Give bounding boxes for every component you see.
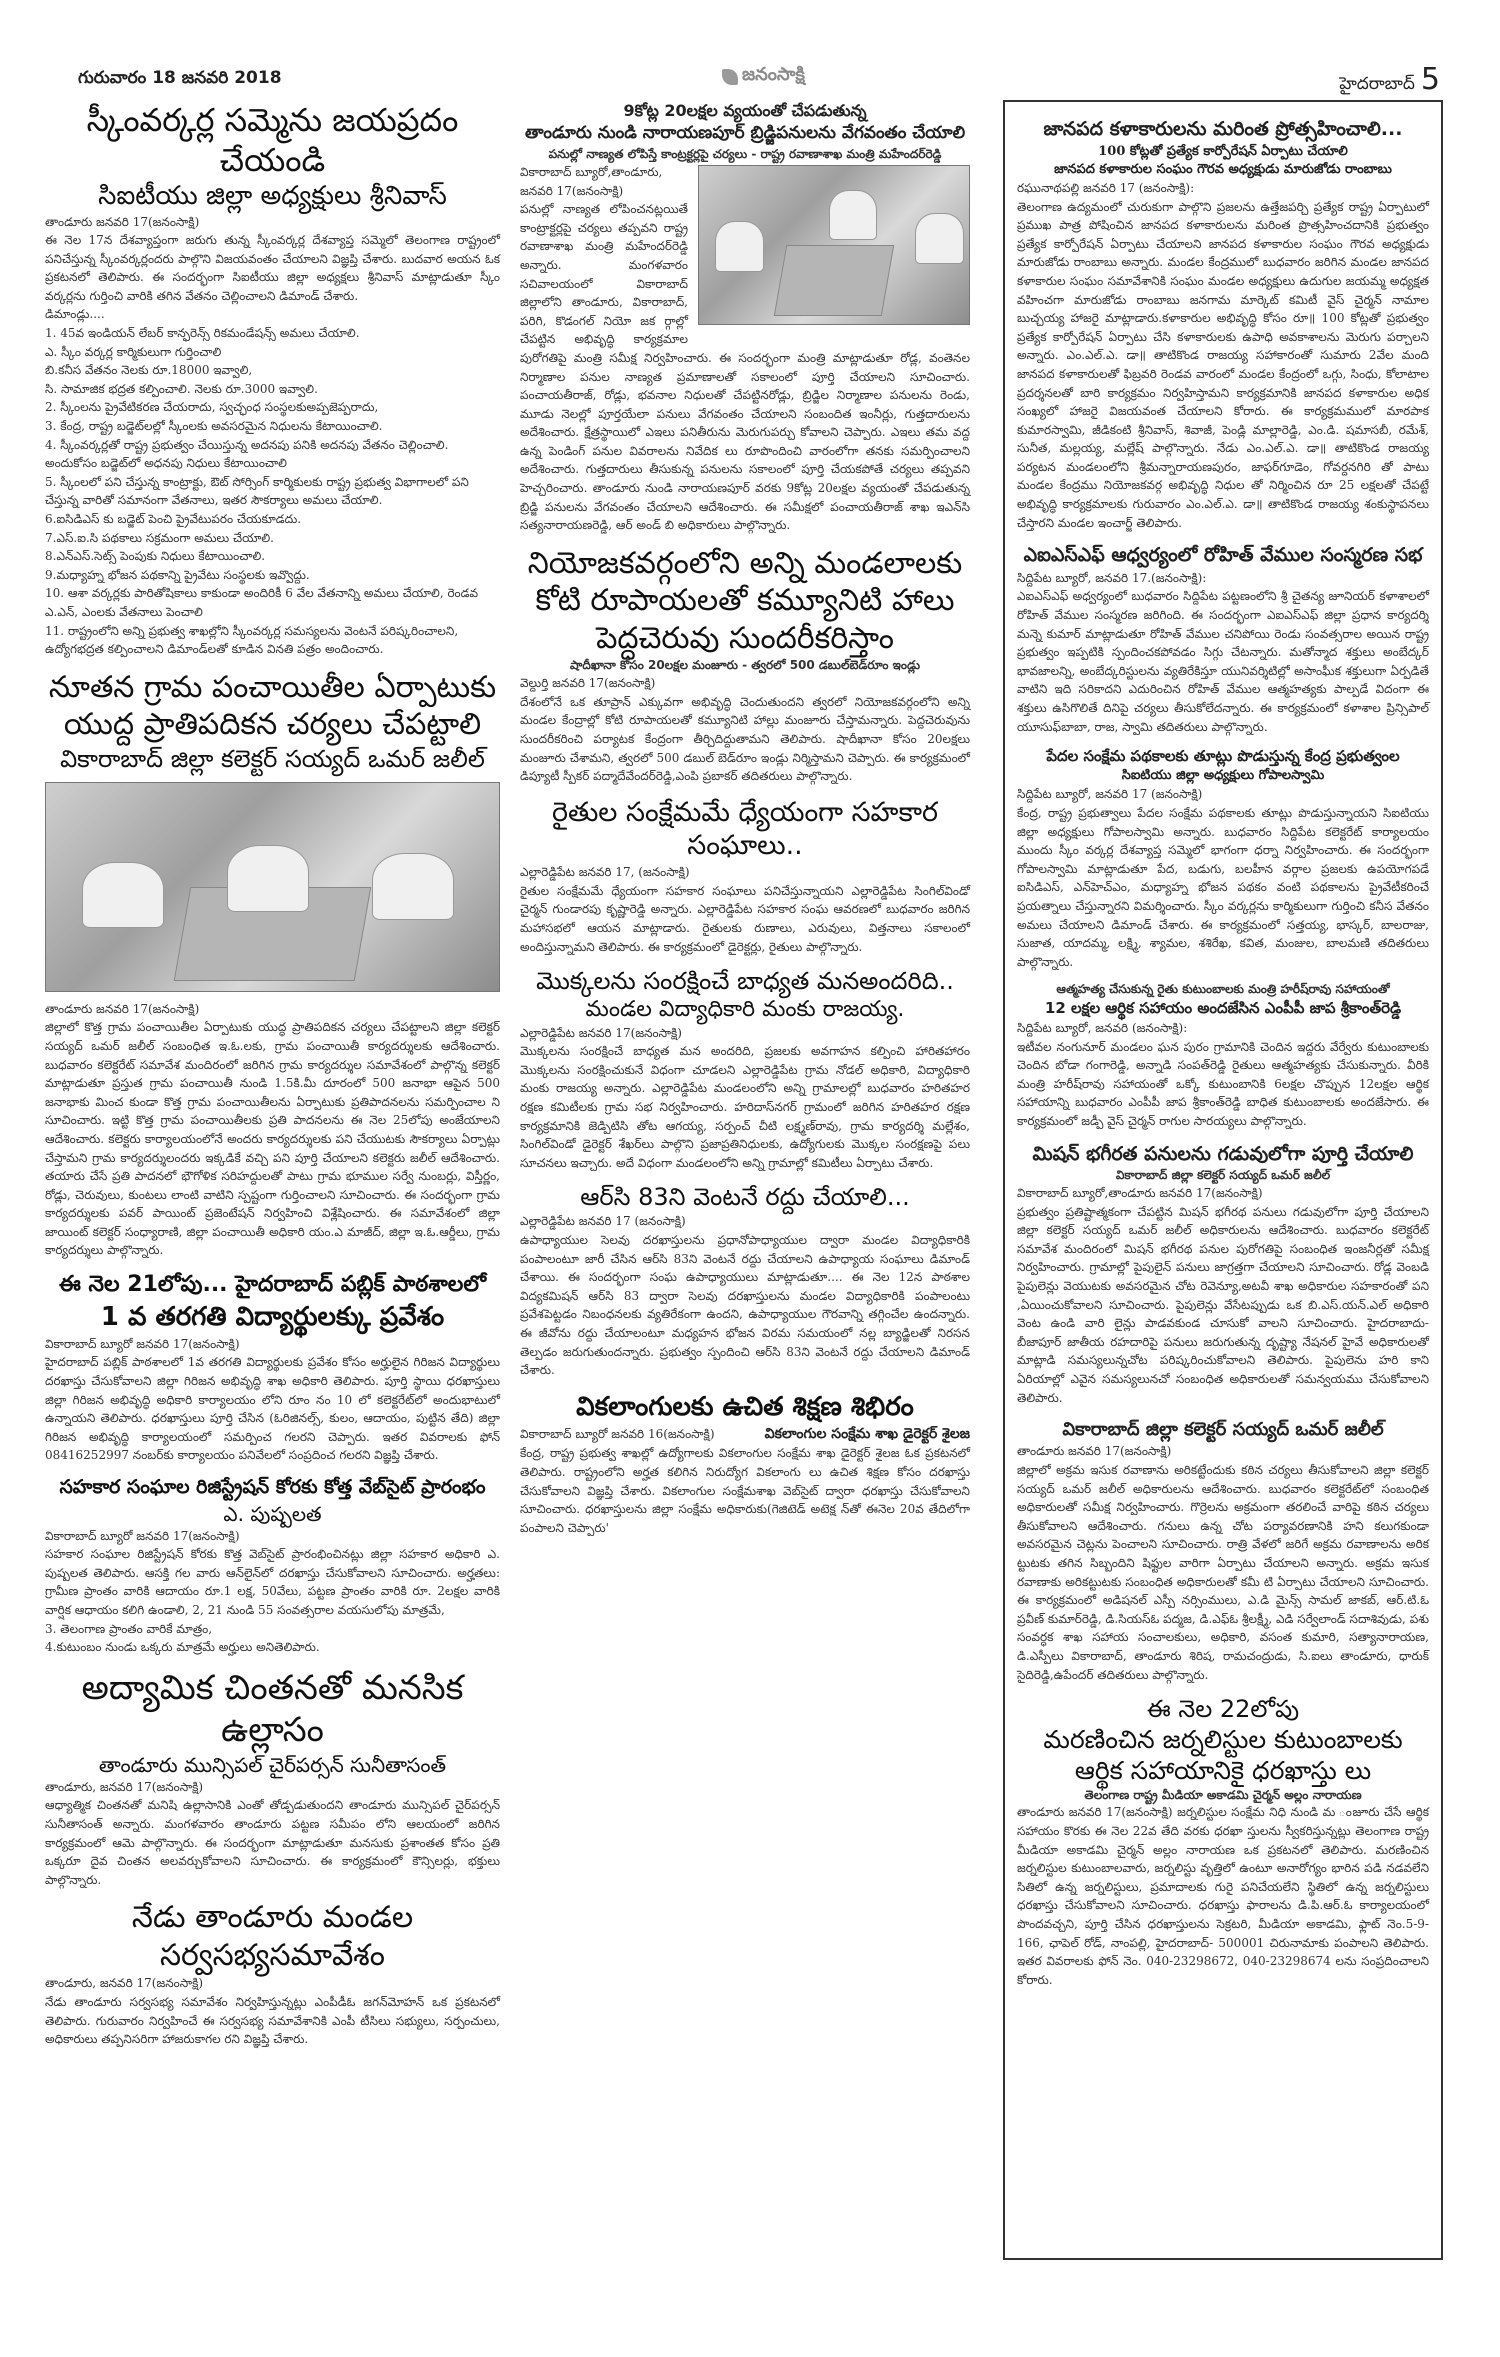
article-spiritual-thinking: అద్యామిక చింతనతో మనసిక ఉల్లాసం తాండూరు మ… (45, 1667, 500, 1890)
demand-item: 9.మధ్యాహ్న భోజన పథకాన్ని ప్రైవేటు సంస్థల… (45, 566, 500, 585)
headline: రైతుల సంక్షేమమే ధ్యేయంగా సహకార సంఘాలు.. (520, 796, 970, 864)
article-sand-transport: వికారాబాద్ జిల్లా కలెక్టర్ సయ్యద్ ఒమర్ జ… (1017, 1417, 1429, 1684)
headline: మరణించిన జర్నలిస్టుల కుటుంబాలకు ఆర్థిక స… (1017, 1724, 1429, 1787)
headline: వికారాబాద్ జిల్లా కలెక్టర్ సయ్యద్ ఒమర్ జ… (1017, 1417, 1429, 1442)
article-mandal-general-body: నేడు తాండూరు మండల సర్వసభ్యసమావేశం తాండూర… (45, 1899, 500, 2048)
logo-text: జనంసాక్షి (742, 64, 805, 89)
article-folk-artists: జానపద కళాకారులను మరింత ప్రోత్సహించాలి...… (1017, 116, 1429, 532)
photo-person-shape (227, 845, 309, 912)
dateline: సిద్దిపేట బ్యూరో, జనవరి 17.(జనంసాక్షి): (1017, 569, 1429, 588)
headline: ఎఐఎస్ఎఫ్ ఆధ్వర్యంలో రోహిత్ వేముల సంస్మరణ… (1017, 542, 1429, 569)
article-body: సహకార సంఘాల రిజిస్ట్రేషన్ కోరకు కొత్త వె… (45, 1545, 500, 1619)
subheadline-2: జానపద కళాకారుల సంఘం గౌరవ అధ్యక్షుడు మారు… (1017, 161, 1429, 179)
demand-item: బి.కనీస వేతనం నెలకు రూ.18000 ఇవ్వాలి, (45, 361, 500, 380)
dateline: సిద్దిపేట బ్యూరో, జనవరి 17 (జనంసాక్షి) (1017, 785, 1429, 804)
article-body: ఈ నెల 17న దేశవ్యాప్తంగా జరుగు తున్న స్కీ… (45, 231, 500, 305)
headline: జానపద కళాకారులను మరింత ప్రోత్సహించాలి... (1017, 116, 1429, 143)
eligibility-list: 3. తెలంగాణ ప్రాంతం వారికే మాత్రం, 4.కుటు… (45, 1620, 500, 1657)
article-community-halls: నియోజకవర్గంలోని అన్ని మండలాలకు కోటి రూపా… (520, 545, 970, 786)
headline-line2: 1 వ తరగతి విద్యార్థులక్కు ప్రవేశం (45, 1300, 500, 1335)
headline: స్కీంవర్కర్ల సమ్మెను జయప్రదం చేయండి (45, 100, 500, 180)
demand-item: 2. స్కీంలను ప్రైవేటికరణ చేయరాదు, స్వచ్ఛం… (45, 398, 500, 417)
headline: నూతన గ్రామ పంచాయితీల ఏర్పాటుకు యుద్ద ప్ర… (45, 669, 500, 744)
dateline: ఎల్లారెడ్డిపేట జనవరి 17, (జనంసాక్షి) (520, 863, 970, 882)
page-number: 5 (1421, 62, 1440, 97)
article-welfare-schemes: పేదల సంక్షేమ పథకాలకు తూట్లు పొడుస్తున్న … (1017, 746, 1429, 971)
article-body: ప్రభుత్వం ప్రతిష్టాత్మకంగా చేపట్టిన మిషన… (1017, 1203, 1429, 1408)
masthead: గురువారం 18 జనవరి 2018 జనంసాక్షి హైదరాబా… (0, 60, 1500, 100)
article-rohith-vemula: ఎఐఎస్ఎఫ్ ఆధ్వర్యంలో రోహిత్ వేముల సంస్మరణ… (1017, 542, 1429, 736)
issue-date: గురువారం 18 జనవరి 2018 (78, 68, 282, 92)
demands-label: డిమాండ్లు.... (45, 305, 500, 324)
eligibility-item: 4.కుటుంబం నుండు ఒక్కరు మాత్రమే అర్హులు అ… (45, 1638, 500, 1657)
article-mission-bhagiratha: మిషన్ భగీరత పనులను గడువులోగా పూర్తి చేయా… (1017, 1141, 1429, 1408)
article-plant-protection: మొక్కలను సంరక్షించే బాధ్యత మనఅందరిది.. మ… (520, 966, 970, 1172)
article-body: జిల్లాలో అక్రమ ఇసుక రవాణాను అరికట్టేందుక… (1017, 1461, 1429, 1684)
dateline: వికారాబాద్ బ్యూరో జనవరి 16(జనంసాక్షి) (520, 1425, 715, 1444)
article-body: మొక్కలను సంరక్షించే బాధ్యత మన అందరిది, ప… (520, 1042, 970, 1172)
subheadline: సిఐటీయు జిల్లా అధ్యక్షులు శ్రీనివాస్ (45, 180, 500, 213)
article-body: ఎఐఎస్ఎఫ్ అధ్వర్యంలో బుధవారం సిద్దిపేట పట… (1017, 587, 1429, 736)
subheadline: 100 కోట్లతో ప్రత్యేక కార్పోరేషన్ ఏర్పాటు… (1017, 143, 1429, 161)
article-body: తాండూరు జనవరి 17(జనంసాక్షి) జర్నలిస్టుల … (1017, 1803, 1429, 1989)
article-new-gram-panchayats: నూతన గ్రామ పంచాయితీల ఏర్పాటుకు యుద్ద ప్ర… (45, 669, 500, 1260)
headline: ఆర్‌సి 83ని వెంటనే రద్దు చేయాలి... (520, 1182, 970, 1212)
kicker: 9కోట్ల 20లక్షల వ్యయంతో చేపడుతున్న (520, 100, 970, 122)
dateline: తాండూరు జనవరి 17(జనంసాక్షి) (45, 213, 500, 232)
article-bridge-works: 9కోట్ల 20లక్షల వ్యయంతో చేపడుతున్న తాండూర… (520, 100, 970, 535)
headline: తాండూరు నుండి నారాయణపూర్ బ్రిడ్జిపనులను … (520, 122, 970, 146)
demand-item: 10. ఆశా వర్కర్లకు పారితోషికాలు కాకుండా అ… (45, 584, 500, 621)
subheadline: వికారాబాద్ జిల్లా కలెక్టర్ సయ్యద్ ఒమర్ జ… (45, 744, 500, 774)
subheadline: సిఐటియు జిల్లా అధ్యక్షులు గోపాలస్వామి (1017, 767, 1429, 785)
demand-item: 3. కేంద్ర, రాష్ట్ర బడ్జెట్‌లల్లో స్కీంలక… (45, 417, 500, 436)
dateline-row: వికారాబాద్ బ్యూరో జనవరి 16(జనంసాక్షి) వి… (520, 1425, 970, 1445)
article-body: రైతుల సంక్షేమమే ధ్యేయంగా సహకార సంఘాలు పన… (520, 882, 970, 956)
demand-item: 6.ఐసిడిఎస్ కు బడ్జెట్ పెంచి ప్రైవేటుపరం … (45, 510, 500, 529)
article-body: నేడు తాండూరు సర్వసభ్య సమావేశం నిర్వహిస్త… (45, 1993, 500, 2049)
subheadline: వికలాంగుల సంక్షేమ శాఖ డైరెక్టర్ శైలజ (765, 1425, 970, 1445)
article-body: కేంద్ర, రాష్ట్ర ప్రభుత్వాలు పేదల సంక్షేమ… (1017, 804, 1429, 971)
article-journalists-aid: ఈ నెల 22లోపు మరణించిన జర్నలిస్టుల కుటుంబ… (1017, 1694, 1429, 1989)
article-body: ఆధ్యాత్మిక చింతనతో మనిషి ఉల్లాసానికి ఎంత… (45, 1796, 500, 1889)
article-rc83-cancel: ఆర్‌సి 83ని వెంటనే రద్దు చేయాలి... ఎల్లా… (520, 1182, 970, 1379)
subheadline: తెలంగాణ రాష్ట్ర మీడియా అకాడమి చైర్మన్ అల… (1017, 1787, 1429, 1804)
kicker: ఆత్మహత్య చేసుకున్న రైతు కుటుంబాలకు మంత్ర… (1017, 981, 1429, 998)
dateline: సిద్దిపేట బ్యూరో, జనవరి (జనంసాక్షి): (1017, 1019, 1429, 1038)
demand-item: 5. స్కీంలలో పని చేస్తున్న కాంట్రాక్టు, ఔ… (45, 473, 500, 510)
subheadline: వికారాబాద్ జిల్లా కలెక్టర్ సయ్యద్ ఒమర్ జ… (1017, 1167, 1429, 1184)
dateline: తాండూరు జనవరి 17(జనంసాక్షి) (1017, 1442, 1429, 1461)
photo-table-shape (774, 245, 895, 316)
middle-column: 9కోట్ల 20లక్షల వ్యయంతో చేపడుతున్న తాండూర… (520, 100, 970, 1547)
headline: నేడు తాండూరు మండల సర్వసభ్యసమావేశం (45, 1899, 500, 1974)
photo-person-shape (372, 853, 454, 920)
headline: మొక్కలను సంరక్షించే బాధ్యత మనఅందరిది.. (520, 966, 970, 996)
demand-item: 11. రాష్ట్రంలోని అన్ని ప్రభుత్వ శాఖల్లోన… (45, 622, 500, 659)
article-body: ఉపాధ్యాయుల సెలవు దరఖాస్తులను ప్రధానోపాధ్… (520, 1231, 970, 1380)
article-cooperative-farmers: రైతుల సంక్షేమమే ధ్యేయంగా సహకార సంఘాలు.. … (520, 796, 970, 956)
article-scheme-workers-strike: స్కీంవర్కర్ల సమ్మెను జయప్రదం చేయండి సిఐట… (45, 100, 500, 659)
dateline: ఎల్లారెడ్డిపేట జనవరి 17(జనంసాక్షి) (520, 1024, 970, 1043)
demand-item: 1. 45వ ఇండియన్ లేబర్ కాన్ఫరెన్స్ రికమండే… (45, 324, 500, 343)
photo-person-shape (82, 862, 164, 929)
article-cooperative-website: సహకార సంఘాల రిజిస్ట్రేషన్ కోరకు కోత్త వే… (45, 1475, 500, 1657)
article-body: దేశంలోనే ఒక తూప్రాన్ ఎక్కువగా అభివృద్ధి … (520, 693, 970, 786)
dateline: తాండూరు జనవరి 17(జనంసాక్షి) (45, 1000, 500, 1019)
article-body: ఇటీవల నంగునూర్ మండలం ఘన పురం గ్రామానికి … (1017, 1038, 1429, 1131)
headline: పేదల సంక్షేమ పథకాలకు తూట్లు పొడుస్తున్న … (1017, 746, 1429, 767)
review-meeting-photo (698, 165, 970, 325)
demand-item: 4. స్కీంవర్కర్లతో రాష్ట్ర ప్రభుత్వం చేయి… (45, 436, 500, 473)
article-body: కేంద్ర, రాష్ట్ర ప్రభుత్వ శాఖల్లో ఉద్యోగా… (520, 1444, 970, 1537)
dateline: ఎల్లారెడ్డిపేట జనవరి 17 (జనంసాక్షి) (520, 1212, 970, 1231)
subheadline: మండల విద్యాధికారి మంకు రాజయ్య. (520, 996, 970, 1024)
demands-list: 1. 45వ ఇండియన్ లేబర్ కాన్ఫరెన్స్ రికమండే… (45, 324, 500, 659)
edition-city: హైదరాబాద్ (1339, 74, 1415, 98)
demand-item: సి. సామాజిక భద్రత కల్పించాలి. నెలకు రూ.3… (45, 380, 500, 399)
right-column-box: జానపద కళాకారులను మరింత ప్రోత్సహించాలి...… (1003, 100, 1443, 2260)
article-farmer-families-aid: ఆత్మహత్య చేసుకున్న రైతు కుటుంబాలకు మంత్ర… (1017, 981, 1429, 1130)
photo-person-shape (715, 221, 764, 272)
headline: నియోజకవర్గంలోని అన్ని మండలాలకు కోటి రూపా… (520, 545, 970, 658)
headline: అద్యామిక చింతనతో మనసిక ఉల్లాసం (45, 1667, 500, 1752)
headline: 12 లక్షల ఆర్థిక సహాయం అందజేసిన ఎంపీపీ జా… (1017, 998, 1429, 1019)
photo-person-shape (915, 213, 964, 264)
demand-item: 7.ఎస్.ఐ.సి పథకాలు సక్రమంగా అమలు చేయాలి. (45, 529, 500, 548)
headline-line1: ఈ నెల 21లోపు... హైదరాబాద్ పబ్లిక్ పాఠశాల… (45, 1270, 500, 1300)
subheadline: షాదీఖానా కోసం 20లక్షల మంజూరు - త్వరలో 50… (520, 657, 970, 674)
article-body: జిల్లాలో కొత్త గ్రామ పంచాయితీల ఏర్పాటుకు… (45, 1018, 500, 1260)
meeting-photo (45, 782, 500, 992)
dateline: వికారాబాద్ బ్యూరో జనవరి 17(జనంసాక్షి) (45, 1335, 500, 1354)
article-body: హైదరాబాద్ పబ్లిక్ పాఠశాలలో 1వ తరగతి విద్… (45, 1353, 500, 1465)
logo-leaf-icon (722, 69, 738, 85)
edition-label: హైదరాబాద్ 5 (1339, 62, 1440, 98)
demand-item: 8.ఎన్ఎస్.సెట్స్ పెంపుకు నిధులు కేటాయించా… (45, 547, 500, 566)
dateline: తాండూరు, జనవరి 17(జనంసాక్షి) (45, 1974, 500, 1993)
headline: మిషన్ భగీరత పనులను గడువులోగా పూర్తి చేయా… (1017, 1141, 1429, 1168)
headline: వికలాంగులకు ఉచిత శిక్షణ శిభిరం (520, 1390, 970, 1425)
newspaper-page: గురువారం 18 జనవరి 2018 జనంసాక్షి హైదరాబా… (0, 0, 1500, 2357)
left-column: స్కీంవర్కర్ల సమ్మెను జయప్రదం చేయండి సిఐట… (45, 100, 500, 2059)
kicker: ఈ నెల 22లోపు (1017, 1694, 1429, 1724)
newspaper-logo: జనంసాక్షి (722, 64, 805, 89)
headline: సహకార సంఘాల రిజిస్ట్రేషన్ కోరకు కోత్త వే… (45, 1475, 500, 1501)
eligibility-item: 3. తెలంగాణ ప్రాంతం వారికే మాత్రం, (45, 1620, 500, 1639)
subheadline: ఎ. పుష్పలత (45, 1501, 500, 1527)
article-body: తెలంగాణ ఉద్యమంలో చురుకుగా పాల్గొని ప్రజల… (1017, 198, 1429, 533)
dateline: రఘునాథపల్లి జనవరి 17 (జనంసాక్షి): (1017, 179, 1429, 198)
dateline: వెల్దుర్తి జనవరి 17(జనంసాక్షి) (520, 674, 970, 693)
subheadline: పనుల్లో నాణ్యత లోపిస్తే కాంట్రక్టర్లపై చ… (520, 146, 970, 163)
subheadline: తాండూరు మున్సిపల్ చైర్‌పర్సన్ సునీతాసంత్ (45, 1752, 500, 1778)
dateline: వికారాబాద్ బ్యూరో జనవరి 17(జనంసాక్షి) (45, 1527, 500, 1546)
article-disabled-training: వికలాంగులకు ఉచిత శిక్షణ శిభిరం వికారాబాద… (520, 1390, 970, 1538)
demand-item: ఎ. స్కీం వర్కర్ల కార్మికులుగా గుర్తించాల… (45, 343, 500, 362)
dateline: వికారాబాద్ బ్యూరో,తాండూరు జనవరి 17(జనంసా… (1017, 1184, 1429, 1203)
article-public-school-admission: ఈ నెల 21లోపు... హైదరాబాద్ పబ్లిక్ పాఠశాల… (45, 1270, 500, 1465)
dateline: తాండూరు, జనవరి 17(జనంసాక్షి) (45, 1778, 500, 1797)
photo-person-shape (829, 190, 878, 241)
